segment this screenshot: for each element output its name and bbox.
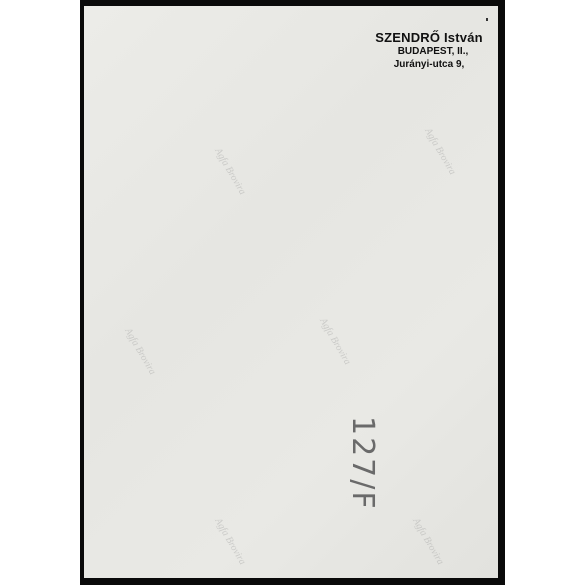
ink-speck	[486, 18, 488, 21]
photographer-stamp: SZENDRŐ István BUDAPEST, II., Jurányi-ut…	[354, 30, 498, 71]
watermark: Agfa Brovira	[317, 316, 353, 367]
watermark: Agfa Brovira	[422, 126, 458, 177]
stamp-street: Jurányi-utca 9,	[354, 58, 498, 71]
watermark: Agfa Brovira	[212, 516, 248, 567]
stamp-name: SZENDRŐ István	[354, 30, 498, 45]
watermark: Agfa Brovira	[212, 146, 248, 197]
watermark: Agfa Brovira	[410, 516, 446, 567]
stamp-city: BUDAPEST, II.,	[362, 45, 498, 58]
handwritten-note: 127/F	[345, 416, 380, 511]
photo-back-paper: SZENDRŐ István BUDAPEST, II., Jurányi-ut…	[84, 6, 498, 578]
watermark: Agfa Brovira	[122, 326, 158, 377]
